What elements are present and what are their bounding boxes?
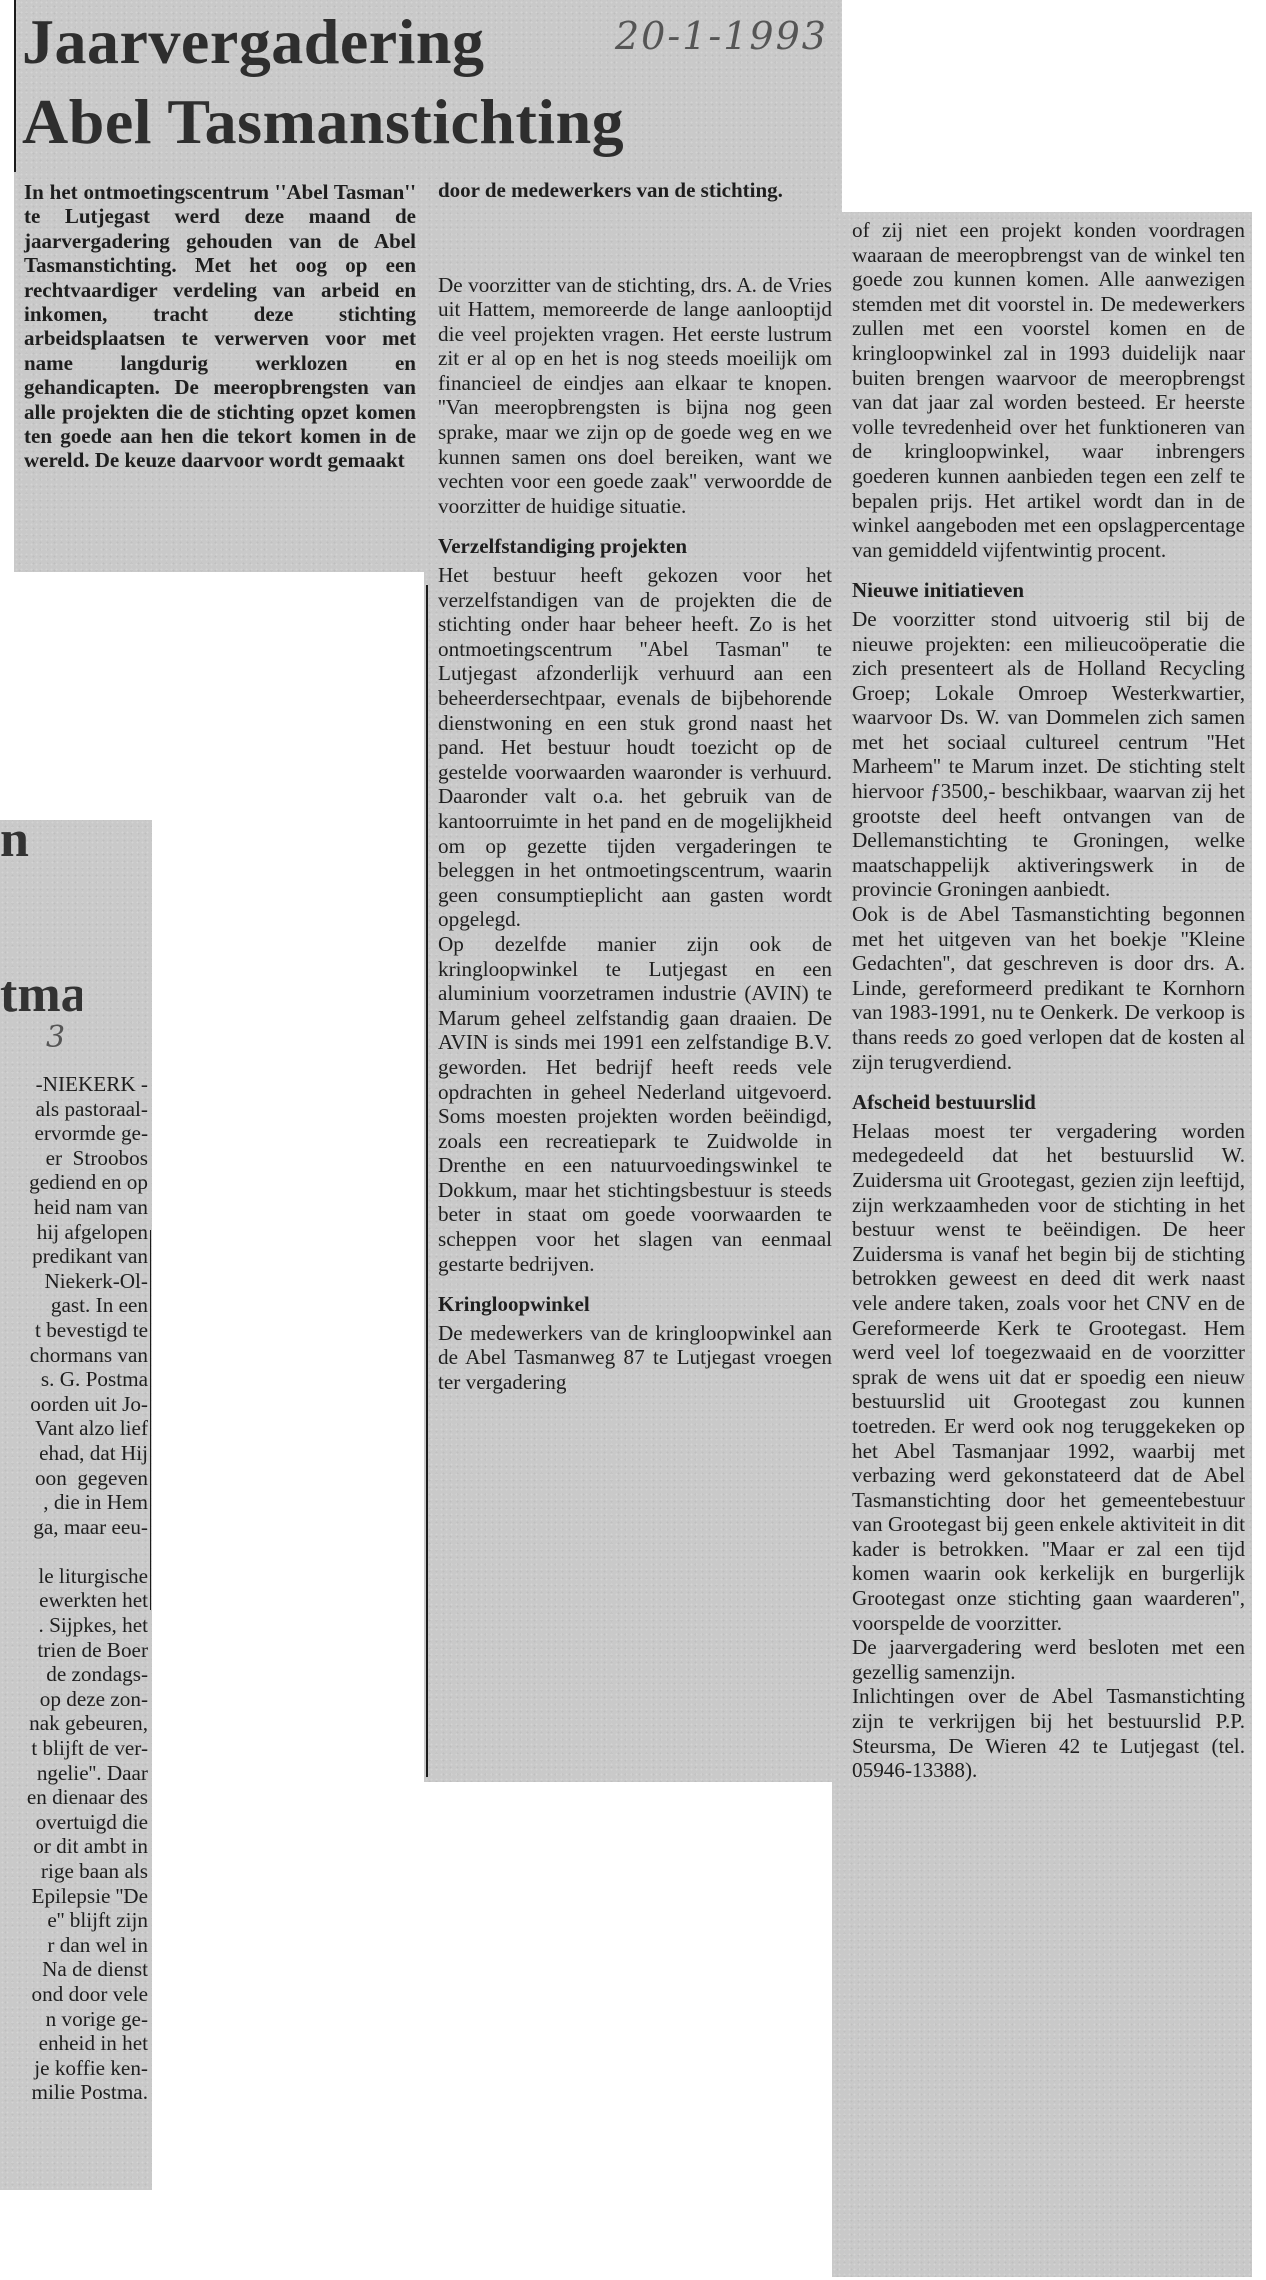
- side-clipping-line: oorden uit Jo-: [0, 1392, 148, 1417]
- lead-text: In het ontmoetingscentrum ''Abel Tasman'…: [24, 180, 416, 473]
- paragraph-afscheid-2: De jaarvergadering werd besloten met een…: [852, 1635, 1245, 1684]
- side-clipping-line: heid nam van: [0, 1195, 148, 1220]
- side-clipping-line: Vant alzo lief: [0, 1416, 148, 1441]
- side-clipping-line: op deze zon-: [0, 1687, 148, 1712]
- paragraph-kringloop-2: of zij niet een projekt konden voordrage…: [852, 218, 1245, 562]
- column-rule-middle: [426, 585, 428, 1777]
- side-clipping-line: en dienaar des: [0, 1785, 148, 1810]
- side-clipping-line: ga, maar eeu-: [0, 1515, 148, 1540]
- paragraph-afscheid-1: Helaas moest ter vergadering worden mede…: [852, 1119, 1245, 1635]
- side-clipping-line: er Stroobos: [0, 1146, 148, 1171]
- side-clipping-line: Niekerk-Ol-: [0, 1269, 148, 1294]
- side-clipping-line: overtuigd die: [0, 1810, 148, 1835]
- side-headline-fragment-2: tma: [0, 965, 82, 1024]
- side-clipping-line: nak gebeuren,: [0, 1711, 148, 1736]
- headline-line-1: Jaarvergadering: [22, 6, 485, 77]
- side-clipping-line: . Sijpkes, het: [0, 1613, 148, 1638]
- side-clipping-line: chormans van: [0, 1343, 148, 1368]
- side-clipping-line: milie Postma.: [0, 2080, 148, 2105]
- side-headline-fragment-1: n: [0, 810, 40, 869]
- side-clipping-line: ngelie''. Daar: [0, 1761, 148, 1786]
- paragraph-afscheid-3: Inlichtingen over de Abel Tasmanstichtin…: [852, 1684, 1245, 1782]
- side-clipping-line: t bevestigd te: [0, 1318, 148, 1343]
- middle-column: door de medewerkers van de stichting. De…: [438, 178, 832, 1395]
- heading-nieuwe-initiatieven: Nieuwe initiatieven: [852, 578, 1245, 603]
- side-clipping-line: ervormde ge-: [0, 1121, 148, 1146]
- side-clipping-line: gediend en op: [0, 1170, 148, 1195]
- side-clipping-line: trien de Boer: [0, 1638, 148, 1663]
- lead-paragraph: In het ontmoetingscentrum ''Abel Tasman'…: [24, 180, 416, 473]
- side-clipping-line: , die in Hem: [0, 1490, 148, 1515]
- side-clipping-line: t blijft de ver-: [0, 1736, 148, 1761]
- paragraph-verzelfstandiging-2: Op dezelfde manier zijn ook de kringloop…: [438, 932, 832, 1276]
- side-clipping-line: [0, 1539, 148, 1564]
- heading-kringloopwinkel: Kringloopwinkel: [438, 1292, 832, 1317]
- side-clipping-line: hij afgelopen: [0, 1220, 148, 1245]
- side-clipping-line: r dan wel in: [0, 1933, 148, 1958]
- heading-verzelfstandiging: Verzelfstandiging projekten: [438, 534, 832, 559]
- side-clipping-line: ond door vele: [0, 1982, 148, 2007]
- side-clipping-line: je koffie ken-: [0, 2056, 148, 2081]
- paragraph-verzelfstandiging-1: Het bestuur heeft gekozen voor het verze…: [438, 563, 832, 932]
- lead-continued: door de medewerkers van de stichting.: [438, 178, 832, 203]
- side-clipping-line: de zondags-: [0, 1662, 148, 1687]
- side-clipping-line: als pastoraal-: [0, 1097, 148, 1122]
- side-clipping-line: ewerkten het: [0, 1588, 148, 1613]
- paragraph-nieuwe-2: Ook is de Abel Tasmanstichting begonnen …: [852, 902, 1245, 1074]
- side-handwritten-fragment: 3: [46, 1020, 67, 1055]
- side-clipping-line: ehad, dat Hij: [0, 1441, 148, 1466]
- side-clipping-line: Na de dienst: [0, 1957, 148, 1982]
- side-clipping-line: enheid in het: [0, 2031, 148, 2056]
- headline-line-2: Abel Tasmanstichting: [22, 86, 624, 157]
- side-clipping-text: -NIEKERK -als pastoraal-ervormde ge-er S…: [0, 1072, 148, 2105]
- side-clipping-line: gast. In een: [0, 1293, 148, 1318]
- side-clipping-line: le liturgische: [0, 1564, 148, 1589]
- side-clipping-line: rige baan als: [0, 1859, 148, 1884]
- side-clipping-line: s. G. Postma: [0, 1367, 148, 1392]
- heading-afscheid-bestuurslid: Afscheid bestuurslid: [852, 1090, 1245, 1115]
- right-column: of zij niet een projekt konden voordrage…: [852, 218, 1245, 1783]
- side-clipping-line: e'' blijft zijn: [0, 1908, 148, 1933]
- side-clipping-line: or dit ambt in: [0, 1834, 148, 1859]
- paragraph-nieuwe-1: De voorzitter stond uitvoerig stil bij d…: [852, 607, 1245, 902]
- handwritten-date: 20-1-1993: [615, 14, 828, 58]
- side-clipping-line: -NIEKERK -: [0, 1072, 148, 1097]
- side-clipping-line: predikant van: [0, 1244, 148, 1269]
- paragraph-kringloop-1: De medewerkers van de kringloopwinkel aa…: [438, 1321, 832, 1395]
- side-clipping-rule: [150, 1230, 151, 1610]
- paragraph-voorzitter: De voorzitter van de stichting, drs. A. …: [438, 273, 832, 519]
- side-clipping-line: Epilepsie ''De: [0, 1884, 148, 1909]
- side-clipping-line: oon gegeven: [0, 1466, 148, 1491]
- side-clipping-line: n vorige ge-: [0, 2007, 148, 2032]
